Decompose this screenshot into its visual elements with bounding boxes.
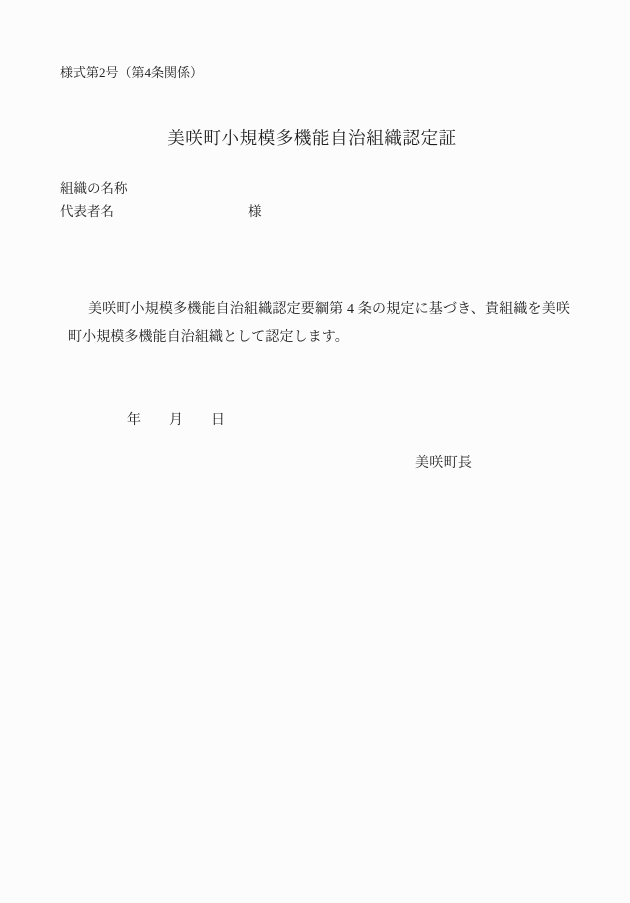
representative-row: 代表者名 様 — [60, 204, 460, 220]
certification-body-text: 美咲町小規模多機能自治組織認定要綱第 4 条の規定に基づき、貴組織を美咲町小規模… — [68, 296, 570, 351]
organization-name-label: 組織の名称 — [60, 181, 128, 197]
representative-label: 代表者名 — [60, 204, 114, 219]
document-title: 美咲町小規模多機能自治組織認定証 — [0, 128, 624, 149]
date-line: 年 月 日 — [127, 413, 225, 430]
mayor-signature-label: 美咲町長 — [415, 456, 472, 473]
certificate-page: 様式第2号（第4条関係） 美咲町小規模多機能自治組織認定証 組織の名称 代表者名… — [0, 0, 630, 903]
form-number: 様式第2号（第4条関係） — [60, 65, 203, 81]
honorific-label: 様 — [248, 204, 262, 220]
